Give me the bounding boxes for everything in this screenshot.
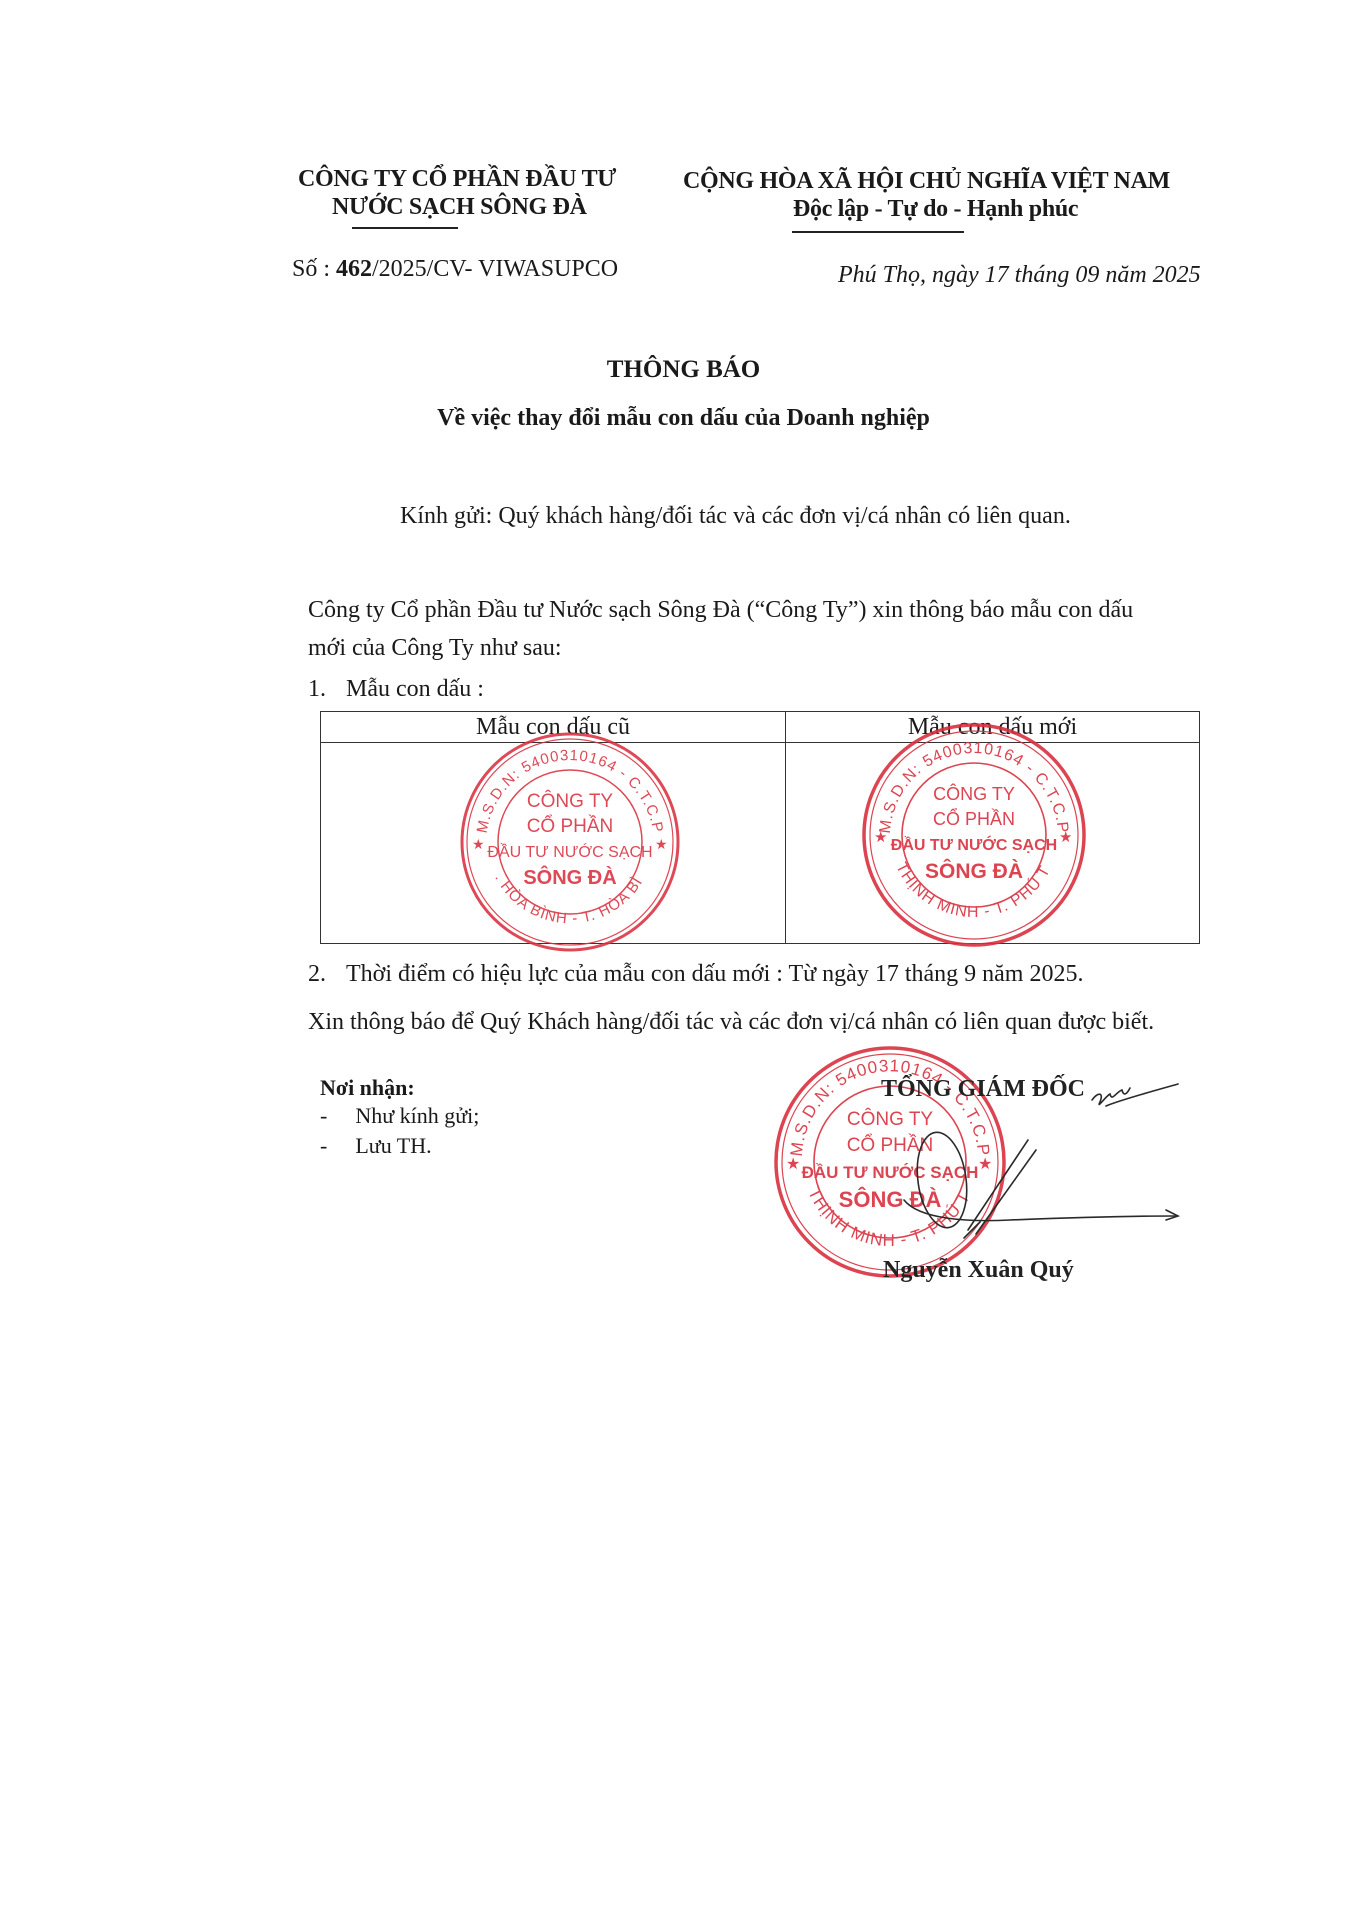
new-seal-line-4: SÔNG ĐÀ (925, 859, 1023, 883)
star-icon: ★ (874, 828, 887, 846)
old-company-seal: M.S.D.N: 5400310164 - C.T.C.P TP. HÒA BÌ… (455, 727, 685, 957)
doc-number-suffix: /2025/CV- VIWASUPCO (372, 256, 618, 282)
old-seal-line-3: ĐẦU TƯ NƯỚC SẠCH (487, 842, 652, 861)
item-2-text: Thời điểm có hiệu lực của mẫu con dấu mớ… (346, 961, 1083, 987)
item-2-number: 2. (308, 961, 326, 987)
notice-subject: Về việc thay đổi mẫu con dấu của Doanh n… (0, 405, 1357, 432)
star-icon: ★ (786, 1154, 800, 1173)
company-name-line1: CÔNG TY CỔ PHẦN ĐẦU TƯ (298, 166, 616, 193)
motto-underline (792, 231, 964, 233)
star-icon: ★ (1059, 828, 1072, 846)
item-1: 1.Mẫu con dấu : (308, 676, 484, 703)
doc-number-bold: 462 (336, 256, 372, 282)
document-number: Số : 462/2025/CV- VIWASUPCO (292, 256, 618, 283)
recipient-text: Lưu TH. (355, 1133, 431, 1158)
item-1-text: Mẫu con dấu : (346, 676, 484, 702)
item-2: 2.Thời điểm có hiệu lực của mẫu con dấu … (308, 961, 1083, 988)
old-seal-line-2: CỔ PHẦN (527, 815, 614, 837)
star-icon: ★ (472, 837, 485, 853)
company-name-line2: NƯỚC SẠCH SÔNG ĐÀ (332, 194, 587, 221)
doc-number-prefix: Số : (292, 256, 336, 282)
recipient-item-2: -Lưu TH. (320, 1133, 432, 1159)
intro-line-1: Công ty Cổ phần Đầu tư Nước sạch Sông Đà… (308, 597, 1133, 624)
company-underline (352, 227, 458, 229)
star-icon: ★ (655, 837, 668, 853)
signatory-name: Nguyễn Xuân Quý (883, 1257, 1074, 1284)
addressee: Kính gửi: Quý khách hàng/đối tác và các … (400, 503, 1071, 530)
old-seal-line-4: SÔNG ĐÀ (523, 865, 616, 889)
nation-motto: Độc lập - Tự do - Hạnh phúc (793, 196, 1078, 223)
item-1-number: 1. (308, 676, 326, 702)
new-seal-line-2: CỔ PHẦN (933, 808, 1015, 829)
new-seal-line-3: ĐẦU TƯ NƯỚC SẠCH (891, 835, 1057, 854)
closing-statement: Xin thông báo để Quý Khách hàng/đối tác … (308, 1009, 1154, 1036)
recipient-item-1: -Như kính gửi; (320, 1103, 479, 1129)
bullet-dash: - (320, 1133, 327, 1158)
new-seal-line-1: CÔNG TY (933, 783, 1015, 804)
recipient-text: Như kính gửi; (355, 1103, 479, 1128)
old-seal-line-1: CÔNG TY (527, 790, 614, 812)
notice-title: THÔNG BÁO (0, 356, 1357, 384)
nation-title: CỘNG HÒA XÃ HỘI CHỦ NGHĨA VIỆT NAM (683, 168, 1170, 195)
bullet-dash: - (320, 1103, 327, 1128)
intro-line-2: mới của Công Ty như sau: (308, 635, 562, 662)
new-company-seal: M.S.D.N: 5400310164 - C.T.C.P X. THỊNH M… (859, 720, 1089, 950)
place-date: Phú Thọ, ngày 17 tháng 09 năm 2025 (838, 262, 1201, 289)
recipients-label: Nơi nhận: (320, 1075, 415, 1101)
